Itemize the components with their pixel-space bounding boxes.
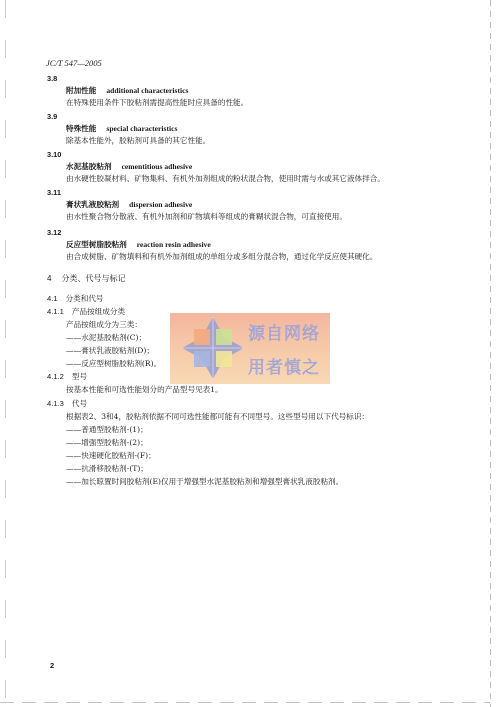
term-en: dispersion adhesive	[129, 200, 192, 209]
watermark-stamp: 源自网络 用者慎之	[170, 313, 330, 384]
term-cn: 特殊性能	[66, 124, 96, 133]
term-cn: 反应型树脂胶粘剂	[66, 240, 127, 249]
definition-3-8: 在特殊使用条件下胶粘剂需提高性能时应具备的性能。	[66, 98, 248, 108]
section-title: 产品按组成分类	[72, 307, 125, 316]
section-title: 分类和代号	[66, 294, 104, 303]
term-3-8: 附加性能additional characteristics	[66, 86, 188, 96]
chapter-4-heading: 4分类、代号与标记	[47, 274, 125, 284]
section-title: 型号	[72, 372, 87, 381]
list-item: ——水泥基胶粘剂(C)；	[66, 333, 146, 343]
document-page: JC/T 547—2005 3.8 附加性能additional charact…	[0, 0, 500, 707]
list-item: ——膏状乳液胶粘剂(D)；	[66, 346, 154, 356]
section-number-3-9: 3.9	[47, 112, 57, 122]
section-number-3-11: 3.11	[47, 188, 61, 198]
section-4-1-2-text: 按基本性能和可选性能划分的产品型号见表1。	[66, 385, 223, 395]
chapter-title: 分类、代号与标记	[61, 274, 125, 283]
section-4-1-3-heading: 4.1.3代号	[47, 399, 87, 409]
list-item: ——加长晾置时间胶粘剂(E)仅用于增强型水泥基胶粘剂和增强型膏状乳液胶粘剂。	[66, 477, 343, 487]
section-4-1-1-heading: 4.1.1产品按组成分类	[47, 307, 125, 317]
page-number: 2	[50, 661, 54, 670]
section-number-3-8: 3.8	[47, 74, 57, 84]
term-cn: 水泥基胶粘剂	[66, 162, 112, 171]
watermark-line-2: 用者慎之	[248, 353, 320, 378]
term-cn: 膏状乳液胶粘剂	[66, 200, 119, 209]
definition-3-11: 由水性聚合物分散液、有机外加剂和矿物填料等组成的膏糊状混合物，可直接使用。	[66, 212, 347, 222]
section-number: 4.1	[47, 294, 58, 303]
list-item: ——普通型胶粘剂-(1)；	[66, 425, 148, 435]
term-en: additional characteristics	[106, 86, 188, 95]
section-number-3-10: 3.10	[47, 150, 61, 160]
term-3-11: 膏状乳液胶粘剂dispersion adhesive	[66, 200, 192, 210]
term-en: cementitious adhesive	[122, 162, 193, 171]
term-3-12: 反应型树脂胶粘剂reaction resin adhesive	[66, 240, 211, 250]
section-number-3-12: 3.12	[47, 228, 61, 238]
term-en: special characteristics	[106, 124, 177, 133]
section-number: 4.1.3	[47, 399, 64, 408]
definition-3-10: 由水硬性胶凝材料、矿物集料、有机外加剂组成的粉状混合物，使用时需与水或其它液体拌…	[66, 174, 385, 184]
term-cn: 附加性能	[66, 86, 96, 95]
section-number: 4.1.1	[47, 307, 64, 316]
section-4-1-1-intro: 产品按组成分为三类：	[66, 320, 142, 330]
chapter-number: 4	[47, 274, 51, 283]
standard-code-header: JC/T 547—2005	[46, 58, 102, 68]
section-4-1-3-intro: 根据表2、3和4，胶粘剂依据不同可选性能都可能有不同型号。这些型号用以下代号标识…	[66, 412, 369, 422]
section-title: 代号	[72, 399, 87, 408]
definition-3-9: 除基本性能外，胶粘剂可具备的其它性能。	[66, 136, 210, 146]
list-item: ——快速硬化胶粘剂-(F)；	[66, 451, 156, 461]
list-item: ——反应型树脂胶粘剂(R)。	[66, 359, 161, 369]
term-3-9: 特殊性能special characteristics	[66, 124, 177, 134]
term-3-10: 水泥基胶粘剂cementitious adhesive	[66, 162, 192, 172]
definition-3-12: 由合成树脂、矿物填料和有机外加剂组成的单组分或多组分混合物，通过化学反应使其硬化…	[66, 252, 377, 262]
section-4-1-heading: 4.1分类和代号	[47, 294, 104, 304]
section-4-1-2-heading: 4.1.2型号	[47, 372, 87, 382]
section-number: 4.1.2	[47, 372, 64, 381]
star-cube-logo-icon	[180, 315, 246, 381]
term-en: reaction resin adhesive	[137, 240, 211, 249]
list-item: ——抗滑移胶粘剂-(T)；	[66, 464, 148, 474]
list-item: ——增强型胶粘剂-(2)；	[66, 438, 148, 448]
watermark-line-1: 源自网络	[248, 319, 320, 344]
